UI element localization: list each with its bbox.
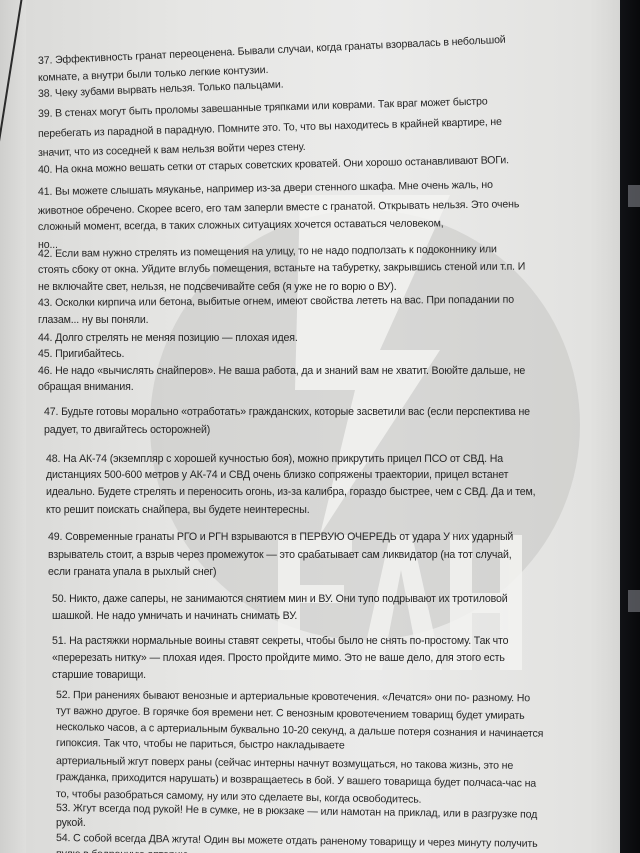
numbered-item-41-continuation: сложный момент, всегда, в таких сложных … [38, 217, 444, 233]
background-dark-surface [620, 0, 640, 853]
numbered-item-49: 49. Современные гранаты РГО и РГН взрыва… [48, 531, 513, 543]
numbered-item-39-continuation: значит, что из соседней к вам нельзя вой… [38, 141, 306, 159]
paper-sheet: 37. Эффективность гранат переоценена. Бы… [0, 0, 620, 853]
numbered-item-40: 40. На окна можно вешать сетки от старых… [38, 154, 509, 176]
numbered-item-39-continuation: перебегать из парадной в парадную. Помни… [38, 116, 502, 140]
numbered-item-49-continuation: если граната упала в рыхлый снег) [48, 566, 216, 578]
numbered-item-46: 46. Не надо «вычислять снайперов». Не ва… [38, 365, 525, 377]
numbered-item-48-continuation: идеально. Будете стрелять и переносить о… [46, 486, 535, 498]
numbered-item-54-continuation: пулю в бедренную артерию. [56, 848, 191, 853]
numbered-item-42-continuation: стоять сбоку от окна. Уйдите вглубь поме… [38, 261, 525, 276]
numbered-item-49-continuation: взрыватель стоит, а взрыв через промежут… [48, 549, 512, 561]
numbered-item-46-continuation: обращая внимания. [38, 381, 134, 393]
numbered-item-52-continuation: гипоксия. Так что, чтобы не париться, бы… [56, 737, 345, 752]
numbered-item-51-continuation: «перерезать нитку» — плохая идея. Просто… [52, 652, 505, 664]
numbered-item-51-continuation: старшие товарищи. [52, 669, 146, 681]
numbered-item-52: 52. При ранениях бывают венозные и артер… [56, 689, 530, 704]
numbered-item-43-continuation: глазам... ну вы поняли. [38, 314, 148, 326]
numbered-item-37: 37. Эффективность гранат переоценена. Бы… [38, 34, 506, 67]
numbered-item-48: 48. На АК-74 (экземпляр с хорошей кучнос… [46, 453, 503, 465]
numbered-item-54: 54. С собой всегда ДВА жгута! Один вы мо… [56, 832, 538, 850]
document-body: 37. Эффективность гранат переоценена. Бы… [0, 0, 620, 853]
numbered-item-42-continuation: не включайте свет, нельзя, не подсвечива… [38, 281, 397, 293]
numbered-item-41: 41. Вы можете слышать мяуканье, например… [38, 179, 493, 198]
numbered-item-48-continuation: дистанциях 500-600 метров у АК-74 и СВД … [46, 469, 508, 481]
numbered-item-53-continuation: рукой. [56, 817, 86, 829]
numbered-item-42: 42. Если вам нужно стрелять из помещения… [38, 243, 497, 260]
numbered-item-43: 43. Осколки кирпича или бетона, выбитые … [38, 294, 514, 309]
numbered-item-48-continuation: кто решит поискать снайпера, вы будете н… [46, 504, 309, 516]
background-glint [628, 590, 640, 612]
numbered-item-53: 53. Жгут всегда под рукой! Не в сумке, н… [56, 802, 537, 821]
numbered-item-52-continuation: тут важно другое. В горячке боя времени … [56, 705, 525, 722]
numbered-item-39: 39. В стенах могут быть проломы завешанн… [38, 95, 488, 120]
numbered-item-45: 45. Пригибайтесь. [38, 348, 124, 360]
numbered-item-52-continuation: артериальный жгут поверх раны (сейчас ин… [56, 755, 513, 772]
numbered-item-44: 44. Долго стрелять не меняя позицию — пл… [38, 332, 298, 344]
numbered-item-47: 47. Будьте готовы морально «отработать» … [44, 406, 530, 418]
numbered-item-51: 51. На растяжки нормальные воины ставят … [52, 635, 508, 647]
numbered-item-50: 50. Никто, даже саперы, не занимаются сн… [52, 593, 507, 605]
numbered-item-47-continuation: радует, то двигайтесь осторожней) [44, 424, 210, 436]
background-glint [628, 185, 640, 207]
numbered-item-52-continuation: гражданка, приходится нарушать) и возвра… [56, 771, 536, 790]
numbered-item-41-continuation: животное обречено. Скорее всего, его там… [38, 198, 519, 217]
numbered-item-50-continuation: шашкой. Не надо умничать и начинать сним… [52, 610, 297, 622]
